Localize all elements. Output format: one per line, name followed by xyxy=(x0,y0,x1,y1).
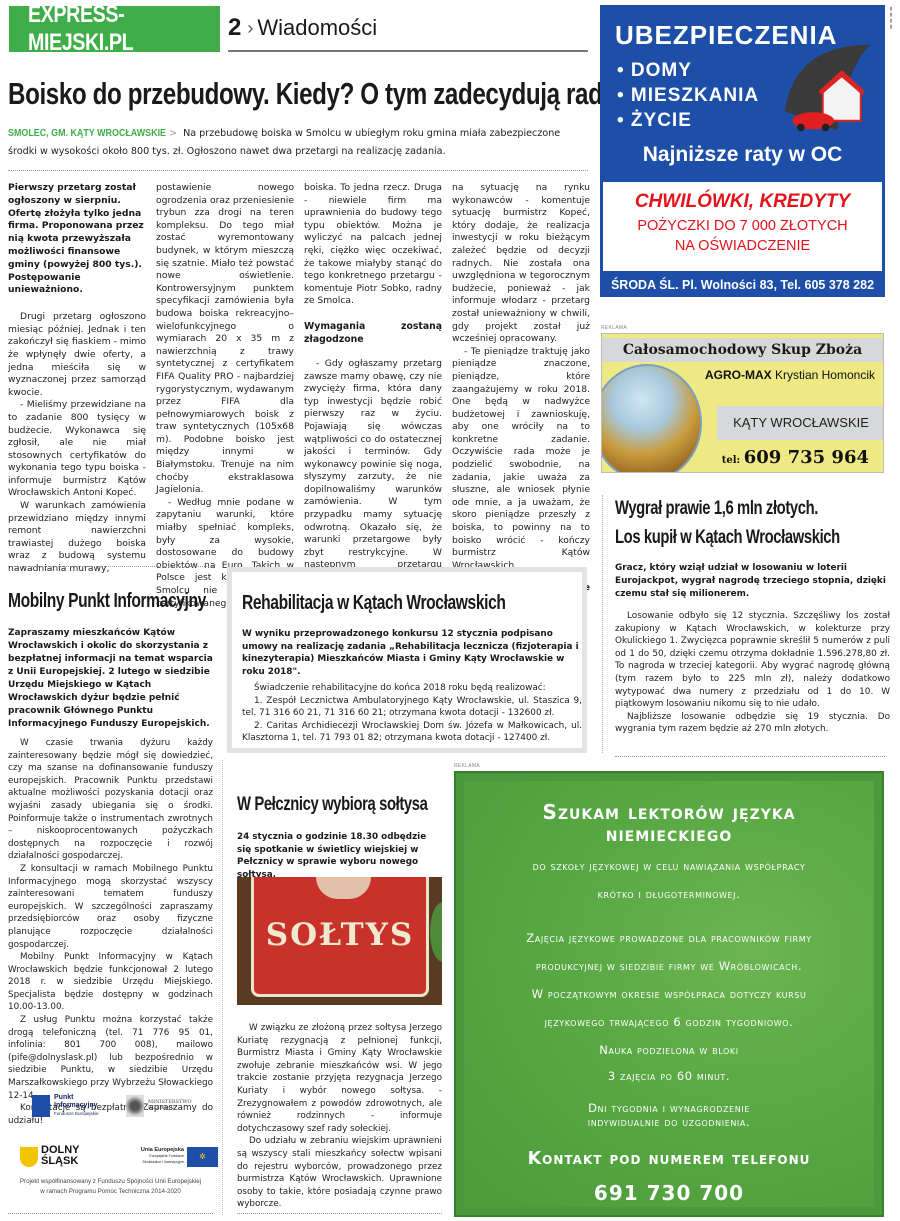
eu-logo-text: Unia EuropejskaEuropejskie FunduszeStruk… xyxy=(126,1147,184,1165)
ad-title: Całosamochodowy Skup Zboża xyxy=(602,338,883,362)
ad-line: indywidualnie do uzgodnienia. xyxy=(464,1115,874,1129)
ad-line: do szkoły językowej w celu nawiązania ws… xyxy=(464,859,874,873)
divider xyxy=(615,756,885,757)
paragraph: na sytuację na rynku wykonawców - koment… xyxy=(452,182,590,346)
eagle-icon xyxy=(126,1095,144,1117)
ad-line: Zajęcia językowe prowadzone dla pracowni… xyxy=(464,931,874,945)
ad-line: W początkowym okresie współpraca dotyczy… xyxy=(464,987,874,1001)
side-code: ▮▮▮▮ xyxy=(888,6,894,30)
paragraph: 2. Caritas Archidiecezji Wrocławskiej Do… xyxy=(242,720,582,745)
paragraph: W związku ze złożoną przez sołtysa Jerze… xyxy=(237,1022,442,1135)
soltys-body: W związku ze złożoną przez sołtysa Jerze… xyxy=(237,1022,442,1211)
paragraph: Z konsultacji w ramach Mobilnego Punktu … xyxy=(8,863,213,951)
ad-label: REKLAMA xyxy=(454,763,480,769)
rehab-box: Rehabilitacja w Kątach Wrocławskich W wy… xyxy=(227,567,587,753)
lotto-body: Losowanie odbyło się 12 stycznia. Szczęś… xyxy=(615,610,890,736)
article-column-2: postawienie nowego ogrodzenia oraz przen… xyxy=(156,182,294,610)
mobilny-headline: Mobilny Punkt Informacyjny xyxy=(8,590,262,613)
ad-title: Szukam lektorów języka niemieckiego xyxy=(464,801,874,845)
ad-grain[interactable]: Całosamochodowy Skup Zboża AGRO-MAX Krys… xyxy=(601,333,884,473)
divider xyxy=(8,566,213,567)
ad-line: Nauka podzielona w bloki xyxy=(464,1043,874,1057)
section-header: 2 › Wiadomości xyxy=(228,6,588,52)
umbrella-house-car-icon xyxy=(780,40,875,135)
soltys-lead: 24 stycznia o godzinie 18.30 odbędzie si… xyxy=(237,831,442,881)
paragraph: W czasie trwania dyżuru każdy zaintereso… xyxy=(8,737,213,863)
ad-phone: 691 730 700 xyxy=(464,1181,874,1205)
ad-slogan: Najniższe raty w OC xyxy=(600,143,885,167)
paragraph: Losowanie odbyło się 12 stycznia. Szczęś… xyxy=(615,610,890,711)
ad-insurance[interactable]: UBEZPIECZENIA • DOMY • MIESZKANIA • ŻYCI… xyxy=(600,5,885,297)
sign-plate: SOŁTYS xyxy=(251,877,429,997)
ad-list-item: • DOMY xyxy=(617,60,692,82)
paragraph: - Te pieniądze traktuję jako pieniądze z… xyxy=(452,346,590,573)
dolny-slask-crest-icon xyxy=(20,1147,38,1167)
divider xyxy=(602,495,603,753)
wheat-image xyxy=(601,364,702,473)
ad-line: językowego trwającego 6 godzin tygodniow… xyxy=(464,1015,874,1029)
ad-loans-box: CHWILÓWKI, KREDYTY POŻYCZKI DO 7 000 ZŁO… xyxy=(603,182,882,271)
paragraph: Najbliższe losowanie odbędzie się 19 sty… xyxy=(615,711,890,736)
ad-list-item: • ŻYCIE xyxy=(617,110,692,132)
site-logo[interactable]: EXPRESS-MIEJSKI.PL xyxy=(9,6,220,52)
dolny-slask-logo-text: DOLNYŚLĄSK xyxy=(41,1145,80,1167)
ad-town: KĄTY WROCŁAWSKIE xyxy=(717,406,884,440)
soltys-sign-image: SOŁTYS xyxy=(237,877,442,1005)
paragraph: Mobilny Punkt Informacyjny w Kątach Wroc… xyxy=(8,951,213,1014)
mobilny-body: W czasie trwania dyżuru każdy zaintereso… xyxy=(8,737,213,1127)
pi-logo-text: PunktInformacyjnyFundusze Europejskie xyxy=(54,1094,99,1118)
paragraph: 1. Zespół Lecznictwa Ambulatoryjnego Kąt… xyxy=(242,695,582,720)
logo-text: EXPRESS-MIEJSKI.PL xyxy=(28,1,201,57)
paragraph: - Mieliśmy przewidziane na to zadanie 80… xyxy=(8,399,146,500)
article-column-4: na sytuację na rynku wykonawców - koment… xyxy=(452,182,590,595)
ad-company: AGRO-MAX Krystian Homoncik xyxy=(705,368,875,382)
divider xyxy=(8,1213,213,1214)
chevron-right-icon: › xyxy=(247,18,253,39)
paragraph: boiska. To jedna rzecz. Druga - niewiele… xyxy=(304,182,442,308)
project-note: Projekt współfinansowany z Funduszu Spój… xyxy=(8,1177,213,1197)
section-title: Wiadomości xyxy=(257,15,377,41)
lotto-lead: Gracz, który wziął udział w losowaniu w … xyxy=(615,562,890,600)
ad-line: Dni tygodnia i wynagrodzenie xyxy=(464,1101,874,1115)
divider xyxy=(237,1213,442,1214)
eu-flag-icon: ✲ xyxy=(187,1147,218,1167)
divider xyxy=(8,170,588,171)
ministry-logo-text: MINISTERSTWOROZWOJU xyxy=(148,1099,192,1111)
chevron-right-icon: > xyxy=(169,128,177,139)
page-number: 2 xyxy=(228,14,241,42)
article-subheading: Wymagania zostaną złagodzone xyxy=(304,320,442,346)
ad-contact: Kontakt pod numerem telefonu xyxy=(464,1149,874,1169)
paragraph: postawienie nowego ogrodzenia oraz przen… xyxy=(156,182,294,497)
rehab-headline: Rehabilitacja w Kątach Wrocławskich xyxy=(242,592,580,615)
sign-text: SOŁTYS xyxy=(254,917,426,953)
paragraph: Drugi przetarg ogłoszono miesiąc później… xyxy=(8,311,146,399)
mobilny-lead: Zapraszamy mieszkańców Kątów Wrocławskic… xyxy=(8,627,213,731)
loans-line: POŻYCZKI DO 7 000 ZŁOTYCH xyxy=(603,218,882,234)
paragraph: - Gdy ogłaszamy przetarg zawsze mamy oba… xyxy=(304,358,442,597)
loans-title: CHWILÓWKI, KREDYTY xyxy=(603,191,882,213)
punkt-informacyjny-icon xyxy=(32,1095,50,1117)
lotto-headline: Wygrał prawie 1,6 mln złotych. xyxy=(615,498,875,520)
eu-logos: PunktInformacyjnyFundusze Europejskie MI… xyxy=(8,1085,213,1177)
ad-address: ŚRODA ŚL. Pl. Wolności 83, Tel. 605 378 … xyxy=(600,278,885,292)
article-column-3: boiska. To jedna rzecz. Druga - niewiele… xyxy=(304,182,442,597)
ad-line: produkcyjnej w siedzibie firmy we Wróblo… xyxy=(464,959,874,973)
paragraph: Do udziału w zebraniu wiejskim uprawnien… xyxy=(237,1135,442,1211)
main-article-intro: SMOLEC, GM. KĄTY WROCŁAWSKIE > Na przebu… xyxy=(8,124,588,161)
leaf-shape xyxy=(430,902,442,962)
rehab-body: Świadczenie rehabilitacyjne do końca 201… xyxy=(242,682,582,745)
paragraph: Świadczenie rehabilitacyjne do końca 201… xyxy=(242,682,582,695)
paragraph: W warunkach zamówienia przewidziano międ… xyxy=(8,500,146,576)
ad-line: krótko i długoterminowej. xyxy=(464,887,874,901)
location-tag: SMOLEC, GM. KĄTY WROCŁAWSKIE xyxy=(8,124,166,142)
ad-teachers[interactable]: Szukam lektorów języka niemieckiego do s… xyxy=(454,771,884,1217)
article-lead: Pierwszy przetarg został ogłoszony w sie… xyxy=(8,182,146,297)
ad-list-item: • MIESZKANIA xyxy=(617,85,759,107)
article-column-1: Pierwszy przetarg został ogłoszony w sie… xyxy=(8,182,146,576)
soltys-headline: W Pełcznicy wybiorą sołtysa xyxy=(237,794,481,816)
ad-line: 3 zajęcia po 60 minut. xyxy=(464,1069,874,1083)
eagle-icon xyxy=(316,877,371,899)
ad-label: REKLAMA xyxy=(601,325,627,331)
rehab-lead: W wyniku przeprowadzonego konkursu 12 st… xyxy=(242,628,582,678)
divider xyxy=(222,760,223,1215)
lotto-headline: Los kupił w Kątach Wrocławskich xyxy=(615,527,900,549)
ad-phone: tel: 609 735 964 xyxy=(722,447,869,468)
loans-line: NA OŚWIADCZENIE xyxy=(603,238,882,254)
